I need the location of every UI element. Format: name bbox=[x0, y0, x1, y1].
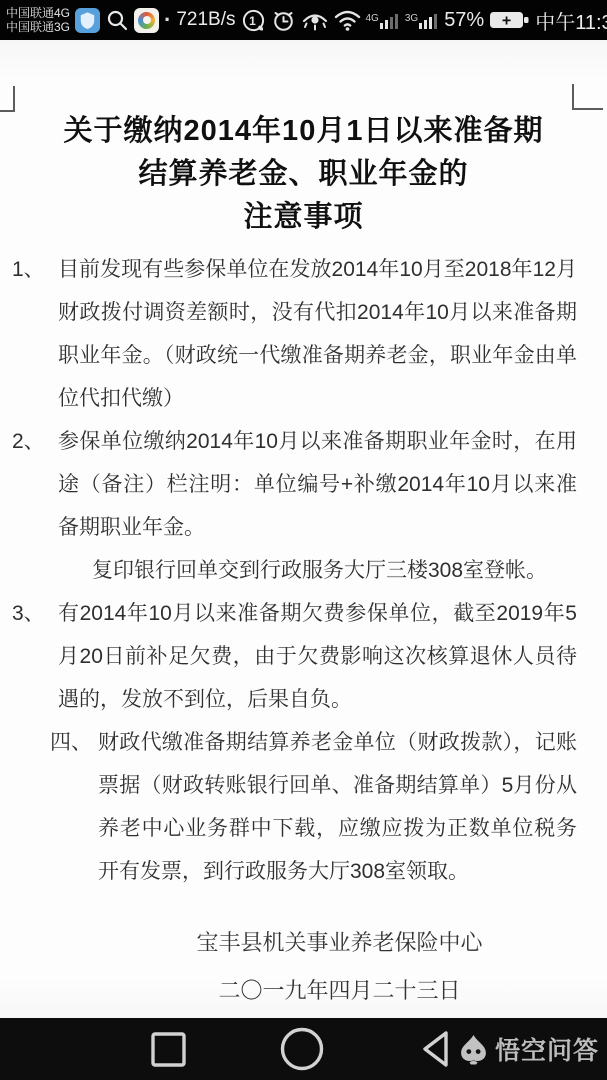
search-icon bbox=[105, 8, 129, 32]
shield-icon bbox=[75, 8, 100, 33]
item-4-text: 财政代缴准备期结算养老金单位（财政拨款），记账票据（财政转账银行回单、准备期结算… bbox=[98, 721, 577, 893]
recents-square-icon bbox=[150, 1031, 187, 1068]
item-1-marker: 1、 bbox=[12, 248, 58, 420]
network-type-3g-label: 3G bbox=[405, 14, 418, 24]
circled-1-leaf-icon: 1 bbox=[241, 8, 266, 33]
item-3-text: 有2014年10月以来准备期欠费参保单位，截至2019年5月20日前补足欠费，由… bbox=[58, 592, 577, 721]
document-body: 1、 目前发现有些参保单位在发放2014年10月至2018年12月财政拨付调资差… bbox=[0, 248, 607, 1015]
signature-block: 宝丰县机关事业养老保险中心 二〇一九年四月二十三日 bbox=[36, 919, 607, 1015]
signal-bars-icon-3g bbox=[419, 12, 439, 29]
home-button[interactable] bbox=[278, 1018, 326, 1080]
recents-button[interactable] bbox=[148, 1018, 188, 1080]
document-title: 关于缴纳2014年10月1日以来准备期 结算养老金、职业年金的 注意事项 bbox=[14, 110, 593, 239]
notice-document: 关于缴纳2014年10月1日以来准备期 结算养老金、职业年金的 注意事项 1、 … bbox=[0, 40, 607, 1018]
circled-one-glyph: 1 bbox=[249, 14, 256, 28]
title-line-2: 结算养老金、职业年金的 bbox=[14, 153, 593, 196]
wukong-watermark: 悟空问答 bbox=[458, 1018, 599, 1080]
home-circle-icon bbox=[279, 1026, 325, 1072]
title-line-1: 关于缴纳2014年10月1日以来准备期 bbox=[14, 110, 593, 153]
wifi-icon bbox=[334, 8, 361, 32]
wukong-spade-logo-icon bbox=[458, 1034, 489, 1065]
item-2-subtext: 复印银行回单交到行政服务大厅三楼308室登帐。 bbox=[92, 549, 577, 592]
page-corner-mark-right bbox=[572, 84, 603, 110]
back-triangle-icon bbox=[417, 1028, 455, 1070]
eye-protection-icon bbox=[301, 8, 329, 32]
issuer-name: 宝丰县机关事业养老保险中心 bbox=[36, 919, 607, 967]
separator-dot: · bbox=[164, 15, 171, 25]
battery-charging-icon: + bbox=[489, 9, 530, 31]
watermark-text: 悟空问答 bbox=[495, 1031, 599, 1067]
status-time: 中午11:39 bbox=[535, 6, 607, 35]
item-4-marker: 四、 bbox=[50, 721, 98, 893]
item-3-marker: 3、 bbox=[12, 592, 58, 721]
status-bar: 中国联通4G 中国联通3G · 721B/s 1 bbox=[0, 0, 607, 40]
carrier-line-1: 中国联通4G bbox=[6, 6, 70, 20]
signal-3g: 3G bbox=[405, 12, 439, 29]
battery-percent: 57% bbox=[444, 9, 484, 32]
signal-bars-icon-4g bbox=[380, 12, 400, 29]
title-line-3: 注意事项 bbox=[14, 196, 593, 239]
page-corner-mark-left bbox=[0, 86, 15, 112]
carrier-label: 中国联通4G 中国联通3G bbox=[6, 6, 70, 34]
notice-item-1: 1、 目前发现有些参保单位在发放2014年10月至2018年12月财政拨付调资差… bbox=[0, 248, 607, 420]
network-speed: 721B/s bbox=[176, 9, 235, 31]
notice-item-3: 3、 有2014年10月以来准备期欠费参保单位，截至2019年5月20日前补足欠… bbox=[0, 592, 607, 721]
item-2-marker: 2、 bbox=[12, 420, 58, 592]
issue-date: 二〇一九年四月二十三日 bbox=[36, 967, 607, 1015]
carrier-line-2: 中国联通3G bbox=[6, 20, 70, 34]
signal-4g: 4G bbox=[366, 12, 400, 29]
item-1-text: 目前发现有些参保单位在发放2014年10月至2018年12月财政拨付调资差额时，… bbox=[58, 248, 577, 420]
navigation-bar: 悟空问答 bbox=[0, 1018, 607, 1080]
browser-app-icon bbox=[134, 8, 159, 33]
network-type-4g-label: 4G bbox=[366, 14, 379, 24]
notice-item-2: 2、 参保单位缴纳2014年10月以来准备期职业年金时，在用途（备注）栏注明：单… bbox=[0, 420, 607, 592]
battery-plus-glyph: + bbox=[502, 13, 511, 30]
alarm-clock-icon bbox=[271, 8, 296, 33]
item-2-text: 参保单位缴纳2014年10月以来准备期职业年金时，在用途（备注）栏注明：单位编号… bbox=[58, 430, 577, 539]
back-button[interactable] bbox=[416, 1018, 456, 1080]
item-2-text-col: 参保单位缴纳2014年10月以来准备期职业年金时，在用途（备注）栏注明：单位编号… bbox=[58, 420, 577, 592]
phone-screen: 中国联通4G 中国联通3G · 721B/s 1 bbox=[0, 0, 607, 1080]
notice-item-4: 四、 财政代缴准备期结算养老金单位（财政拨款），记账票据（财政转账银行回单、准备… bbox=[0, 721, 607, 893]
